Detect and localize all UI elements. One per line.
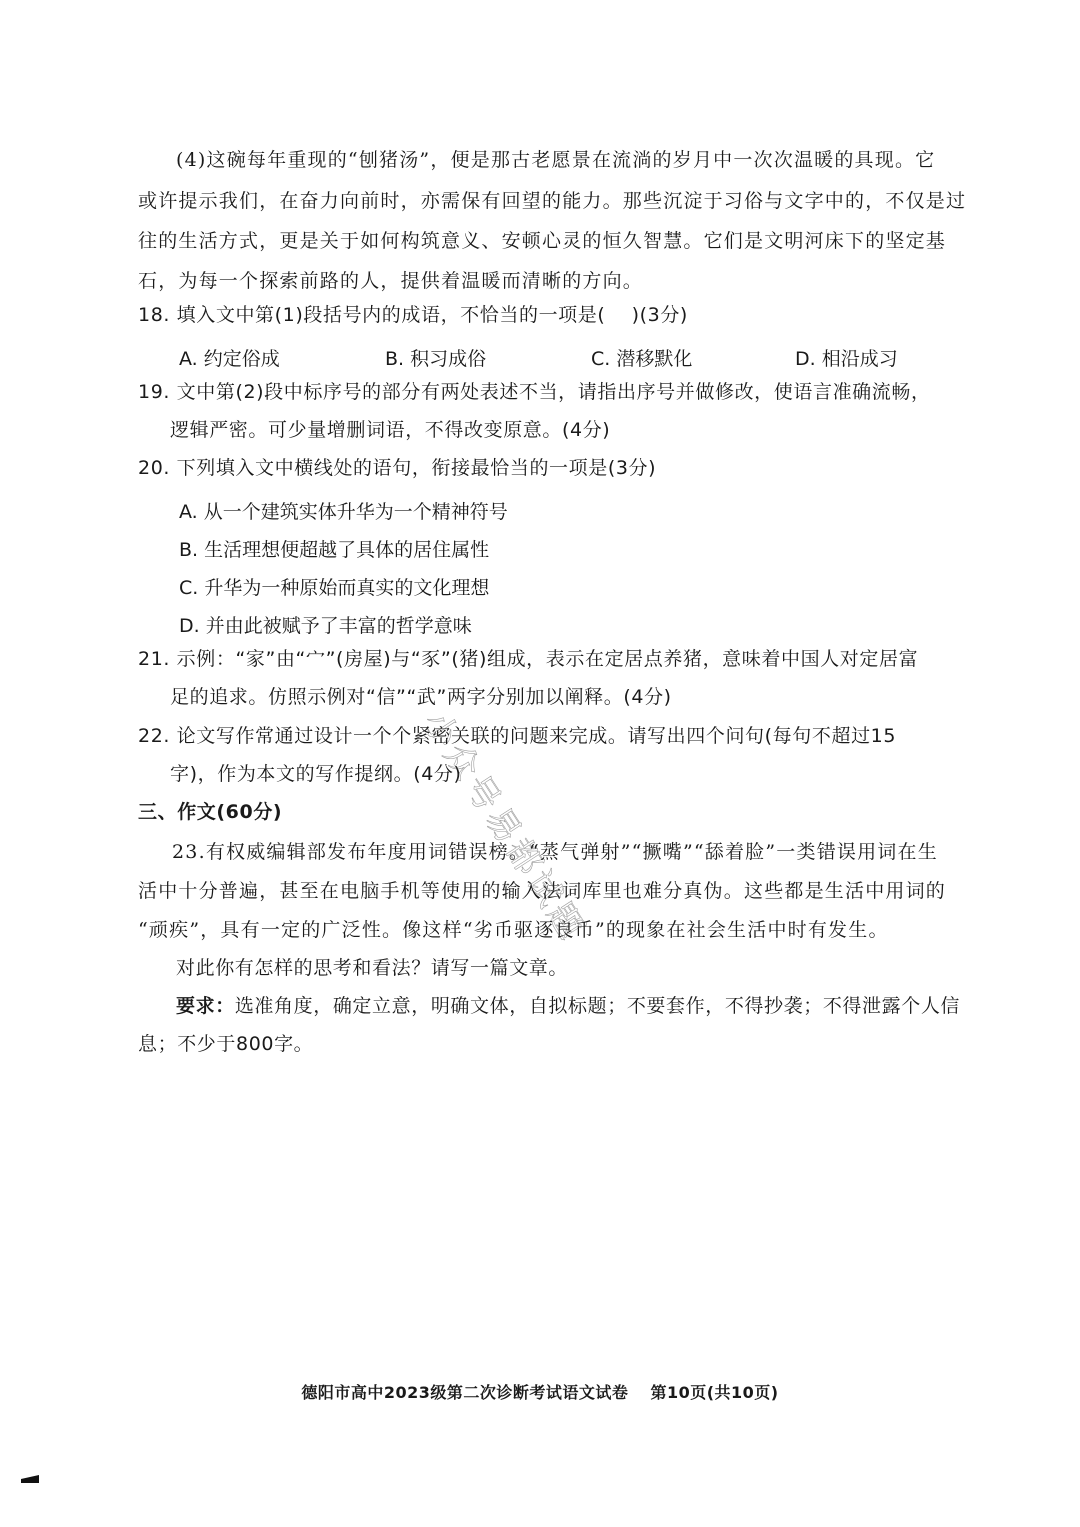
question-18-stem: 18. 填入文中第(1)段括号内的成语，不恰当的一项是( )(3分): [138, 306, 688, 325]
passage-para4-line4: 石，为每一个探索前路的人，提供着温暖而清晰的方向。: [138, 272, 643, 291]
scan-mark-icon: [21, 1475, 39, 1483]
question-23-prompt: 对此你有怎样的思考和看法？请写一篇文章。: [176, 959, 568, 978]
question-20-option-c: C. 升华为一种原始而真实的文化理想: [179, 573, 489, 600]
question-22-line2: 字)，作为本文的写作提纲。(4分): [170, 765, 462, 784]
passage-para4-line3: 往的生活方式，更是关于如何构筑意义、安顿心灵的恒久智慧。它们是文明河床下的坚定基: [138, 232, 946, 251]
question-22-line1: 22. 论文写作常通过设计一个个紧密关联的问题来完成。请写出四个问句(每句不超过…: [138, 727, 896, 746]
question-18-option-d: D. 相沿成习: [795, 344, 898, 371]
question-18-option-c: C. 潜移默化: [591, 344, 692, 371]
question-21-line2: 足的追求。仿照示例对“信”“武”两字分别加以阐释。(4分): [170, 688, 672, 707]
question-18-option-b: B. 积习成俗: [385, 344, 486, 371]
exam-page: (4)这碗每年重现的“刨猪汤”，便是那古老愿景在流淌的岁月中一次次温暖的具现。它…: [0, 0, 1080, 1527]
question-23-line3: “顽疾”，具有一定的广泛性。像这样“劣币驱逐良币”的现象在社会生活中时有发生。: [138, 921, 889, 940]
passage-para4-line2: 或许提示我们，在奋力向前时，亦需保有回望的能力。那些沉淀于习俗与文字中的，不仅是…: [138, 192, 966, 211]
page-footer: 德阳市高中2023级第二次诊断考试语文试卷第10页(共10页): [0, 1380, 1080, 1403]
passage-para4-line1: (4)这碗每年重现的“刨猪汤”，便是那古老愿景在流淌的岁月中一次次温暖的具现。它: [176, 151, 935, 170]
question-23-requirement-line1: 要求：选准角度，确定立意，明确文体，自拟标题；不要套作，不得抄袭；不得泄露个人信: [176, 997, 960, 1016]
question-20-stem: 20. 下列填入文中横线处的语句，衔接最恰当的一项是(3分): [138, 459, 656, 478]
question-20-option-a: A. 从一个建筑实体升华为一个精神符号: [179, 497, 508, 524]
requirement-text: 选准角度，确定立意，明确文体，自拟标题；不要套作，不得抄袭；不得泄露个人信: [235, 995, 960, 1017]
question-23-requirement-line2: 息；不少于800字。: [138, 1035, 313, 1054]
question-19-line2: 逻辑严密。可少量增删词语，不得改变原意。(4分): [170, 421, 610, 440]
footer-exam-title: 德阳市高中2023级第二次诊断考试语文试卷: [301, 1383, 628, 1402]
question-19-line1: 19. 文中第(2)段中标序号的部分有两处表述不当，请指出序号并做修改，使语言准…: [138, 383, 931, 402]
question-21-line1: 21. 示例：“家”由“宀”(房屋)与“豕”(猪)组成，表示在定居点养猪，意味着…: [138, 650, 918, 669]
requirement-label: 要求：: [176, 995, 235, 1017]
question-20-option-d: D. 并由此被赋予了丰富的哲学意味: [179, 611, 472, 638]
question-20-option-b: B. 生活理想便超越了具体的居住属性: [179, 535, 489, 562]
footer-page-number: 第10页(共10页): [650, 1383, 778, 1402]
section-3-heading: 三、作文(60分): [138, 803, 282, 822]
question-18-option-a: A. 约定俗成: [179, 344, 280, 371]
